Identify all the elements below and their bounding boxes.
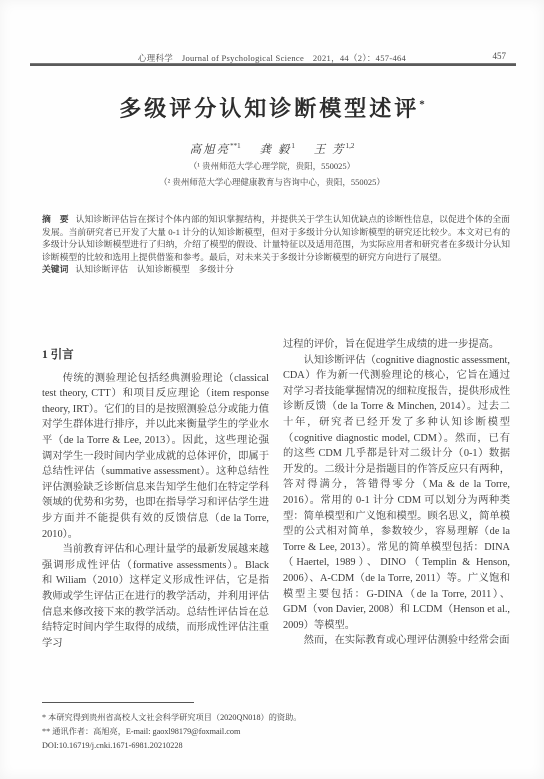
paper-title: 多级评分认知诊断模型述评* xyxy=(40,92,504,123)
keywords-label: 关键词 xyxy=(42,264,68,274)
author-2: 龚 毅1 xyxy=(260,144,295,156)
footnote-corresponding-author: ** 通讯作者：高旭亮，E-mail: gaoxl98179@foxmail.c… xyxy=(42,725,472,739)
affiliation-2: （² 贵州师范大学心理健康教育与咨询中心，贵阳，550025） xyxy=(40,176,504,188)
author-2-name: 龚 毅 xyxy=(260,144,292,156)
body-paragraph: 传统的测验理论包括经典测验理论（classical test theory, C… xyxy=(42,371,269,543)
page-number: 457 xyxy=(493,51,507,61)
header-double-rule xyxy=(30,63,516,66)
author-3-name: 王 芳 xyxy=(314,144,346,156)
keywords-text: 认知诊断评估 认知诊断模型 多级计分 xyxy=(75,264,233,274)
journal-page: 心理科学 Journal of Psychological Science 20… xyxy=(0,0,544,779)
footnote-doi: DOI:10.16719/j.cnki.1671-6981.20210228 xyxy=(42,739,472,753)
body-column-right: 过程的评价，旨在促进学生成绩的进一步提高。 认知诊断评估（cognitive d… xyxy=(283,337,510,649)
author-1-name: 高旭亮 xyxy=(190,144,231,156)
footnote-rule xyxy=(42,702,194,703)
affiliation-1: （¹ 贵州师范大学心理学院，贵阳，550025） xyxy=(40,160,504,172)
footnote-funding: * 本研究得到贵州省高校人文社会科学研究项目（2020QN018）的资助。 xyxy=(42,711,472,725)
author-1: 高旭亮**1 xyxy=(190,144,241,156)
section-heading: 1 引言 xyxy=(42,348,269,364)
author-line: 高旭亮**1 龚 毅1 王 芳1,2 xyxy=(40,141,504,157)
body-paragraph: 然而，在实际教育或心理评估测验中经常会面 xyxy=(283,633,510,649)
author-1-sup: **1 xyxy=(230,142,241,150)
abstract-label: 摘 要 xyxy=(42,214,69,224)
paper-title-text: 多级评分认知诊断模型述评 xyxy=(119,96,419,121)
author-3-sup: 1,2 xyxy=(346,142,355,150)
keywords-line: 关键词认知诊断评估 认知诊断模型 多级计分 xyxy=(42,262,510,275)
abstract: 摘 要认知诊断评估旨在探讨个体内部的知识掌握结构，并提供关于学生认知优缺点的诊断… xyxy=(42,213,510,264)
title-footnote-mark: * xyxy=(419,99,425,111)
body-column-left: 1 引言 传统的测验理论包括经典测验理论（classical test theo… xyxy=(42,337,269,651)
body-paragraph: 过程的评价，旨在促进学生成绩的进一步提高。 xyxy=(283,337,510,353)
body-paragraph: 当前教育评估和心理计量学的最新发展越来越强调形成性评估（formative as… xyxy=(42,542,269,651)
abstract-text: 认知诊断评估旨在探讨个体内部的知识掌握结构，并提供关于学生认知优缺点的诊断性信息… xyxy=(42,214,510,262)
author-3: 王 芳1,2 xyxy=(314,144,355,156)
author-2-sup: 1 xyxy=(291,142,295,150)
body-paragraph: 认知诊断评估（cognitive diagnostic assessment, … xyxy=(283,353,510,634)
footnotes: * 本研究得到贵州省高校人文社会科学研究项目（2020QN018）的资助。 **… xyxy=(42,711,472,752)
